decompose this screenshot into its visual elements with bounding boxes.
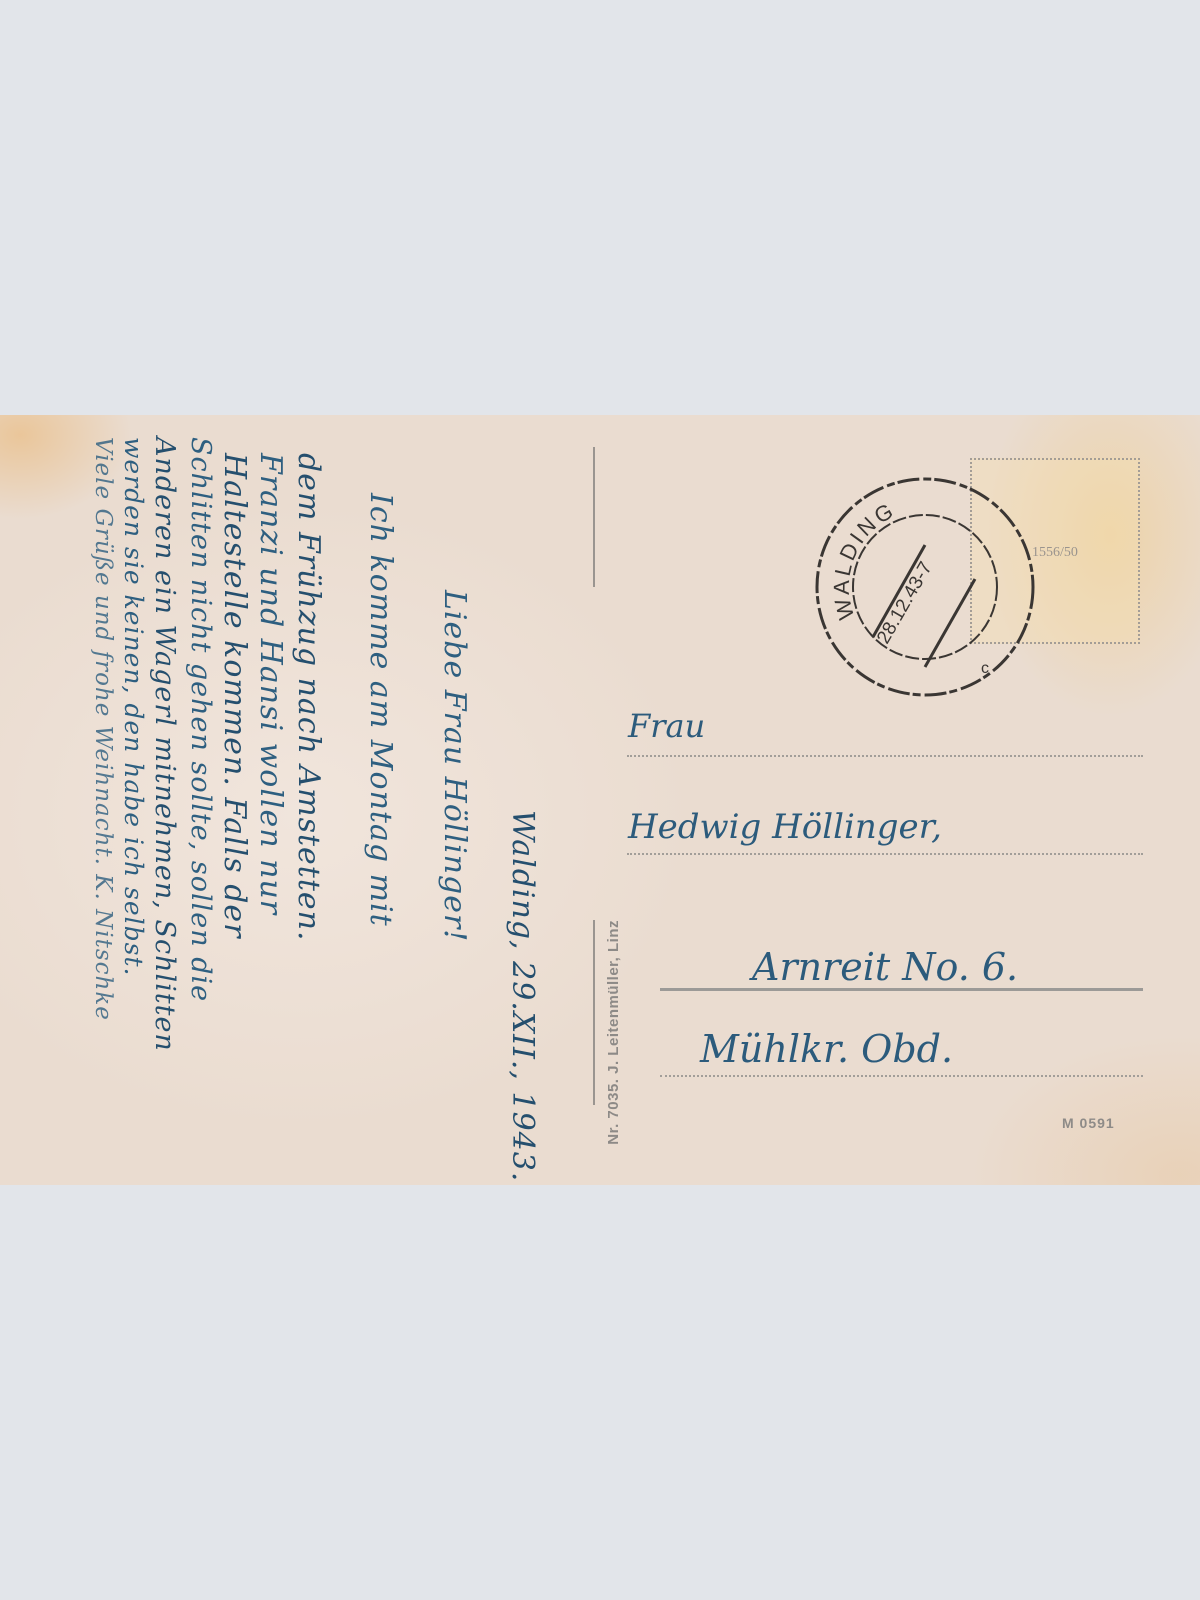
- address-line-1: Frau: [628, 707, 705, 745]
- address-rule-3: [660, 988, 1143, 991]
- address-line-3: Arnreit No. 6.: [752, 945, 1018, 989]
- svg-text:WALDING: WALDING: [829, 497, 900, 623]
- message-salutation: Liebe Frau Höllinger!: [437, 590, 472, 942]
- divider-line-top: [593, 447, 595, 587]
- message-line: Schlitten nicht gehen sollte, sollen die: [185, 437, 216, 1002]
- address-line-2: Hedwig Höllinger,: [628, 807, 942, 847]
- message-line: Haltestelle kommen. Falls der: [217, 453, 252, 939]
- print-code: M 0591: [1062, 1115, 1115, 1131]
- message-line: Viele Grüße und frohe Weihnacht. K. Nits…: [90, 437, 116, 1021]
- message-line: Ich komme am Montag mit: [363, 493, 398, 927]
- message-line: dem Frühzug nach Amstetten.: [291, 453, 326, 942]
- message-place-date: Walding, 29.XII., 1943.: [505, 810, 540, 1182]
- address-rule-4: [660, 1075, 1143, 1077]
- message-line: Anderen ein Wagerl mitnehmen, Schlitten: [149, 437, 180, 1052]
- address-rule-1: [627, 755, 1143, 757]
- message-line: werden sie keinen, den habe ich selbst.: [119, 437, 148, 976]
- postmark-letter: c: [981, 660, 989, 677]
- publisher-imprint: Nr. 7035. J. Leitenmüller, Linz: [605, 920, 622, 1145]
- postcard-back: Walding, 29.XII., 1943. Liebe Frau Hölli…: [0, 415, 1200, 1185]
- postmark-date: 28.12.43-7: [873, 558, 937, 647]
- divider-line-bottom: [593, 920, 595, 1105]
- postmark: WALDING 28.12.43-7 c: [805, 467, 1045, 707]
- address-rule-2: [627, 853, 1143, 855]
- postmark-town: WALDING: [829, 497, 900, 623]
- address-line-4: Mühlkr. Obd.: [700, 1027, 953, 1071]
- message-line: Franzi und Hansi wollen nur: [253, 453, 288, 915]
- postmark-icon: WALDING 28.12.43-7 c: [805, 467, 1045, 707]
